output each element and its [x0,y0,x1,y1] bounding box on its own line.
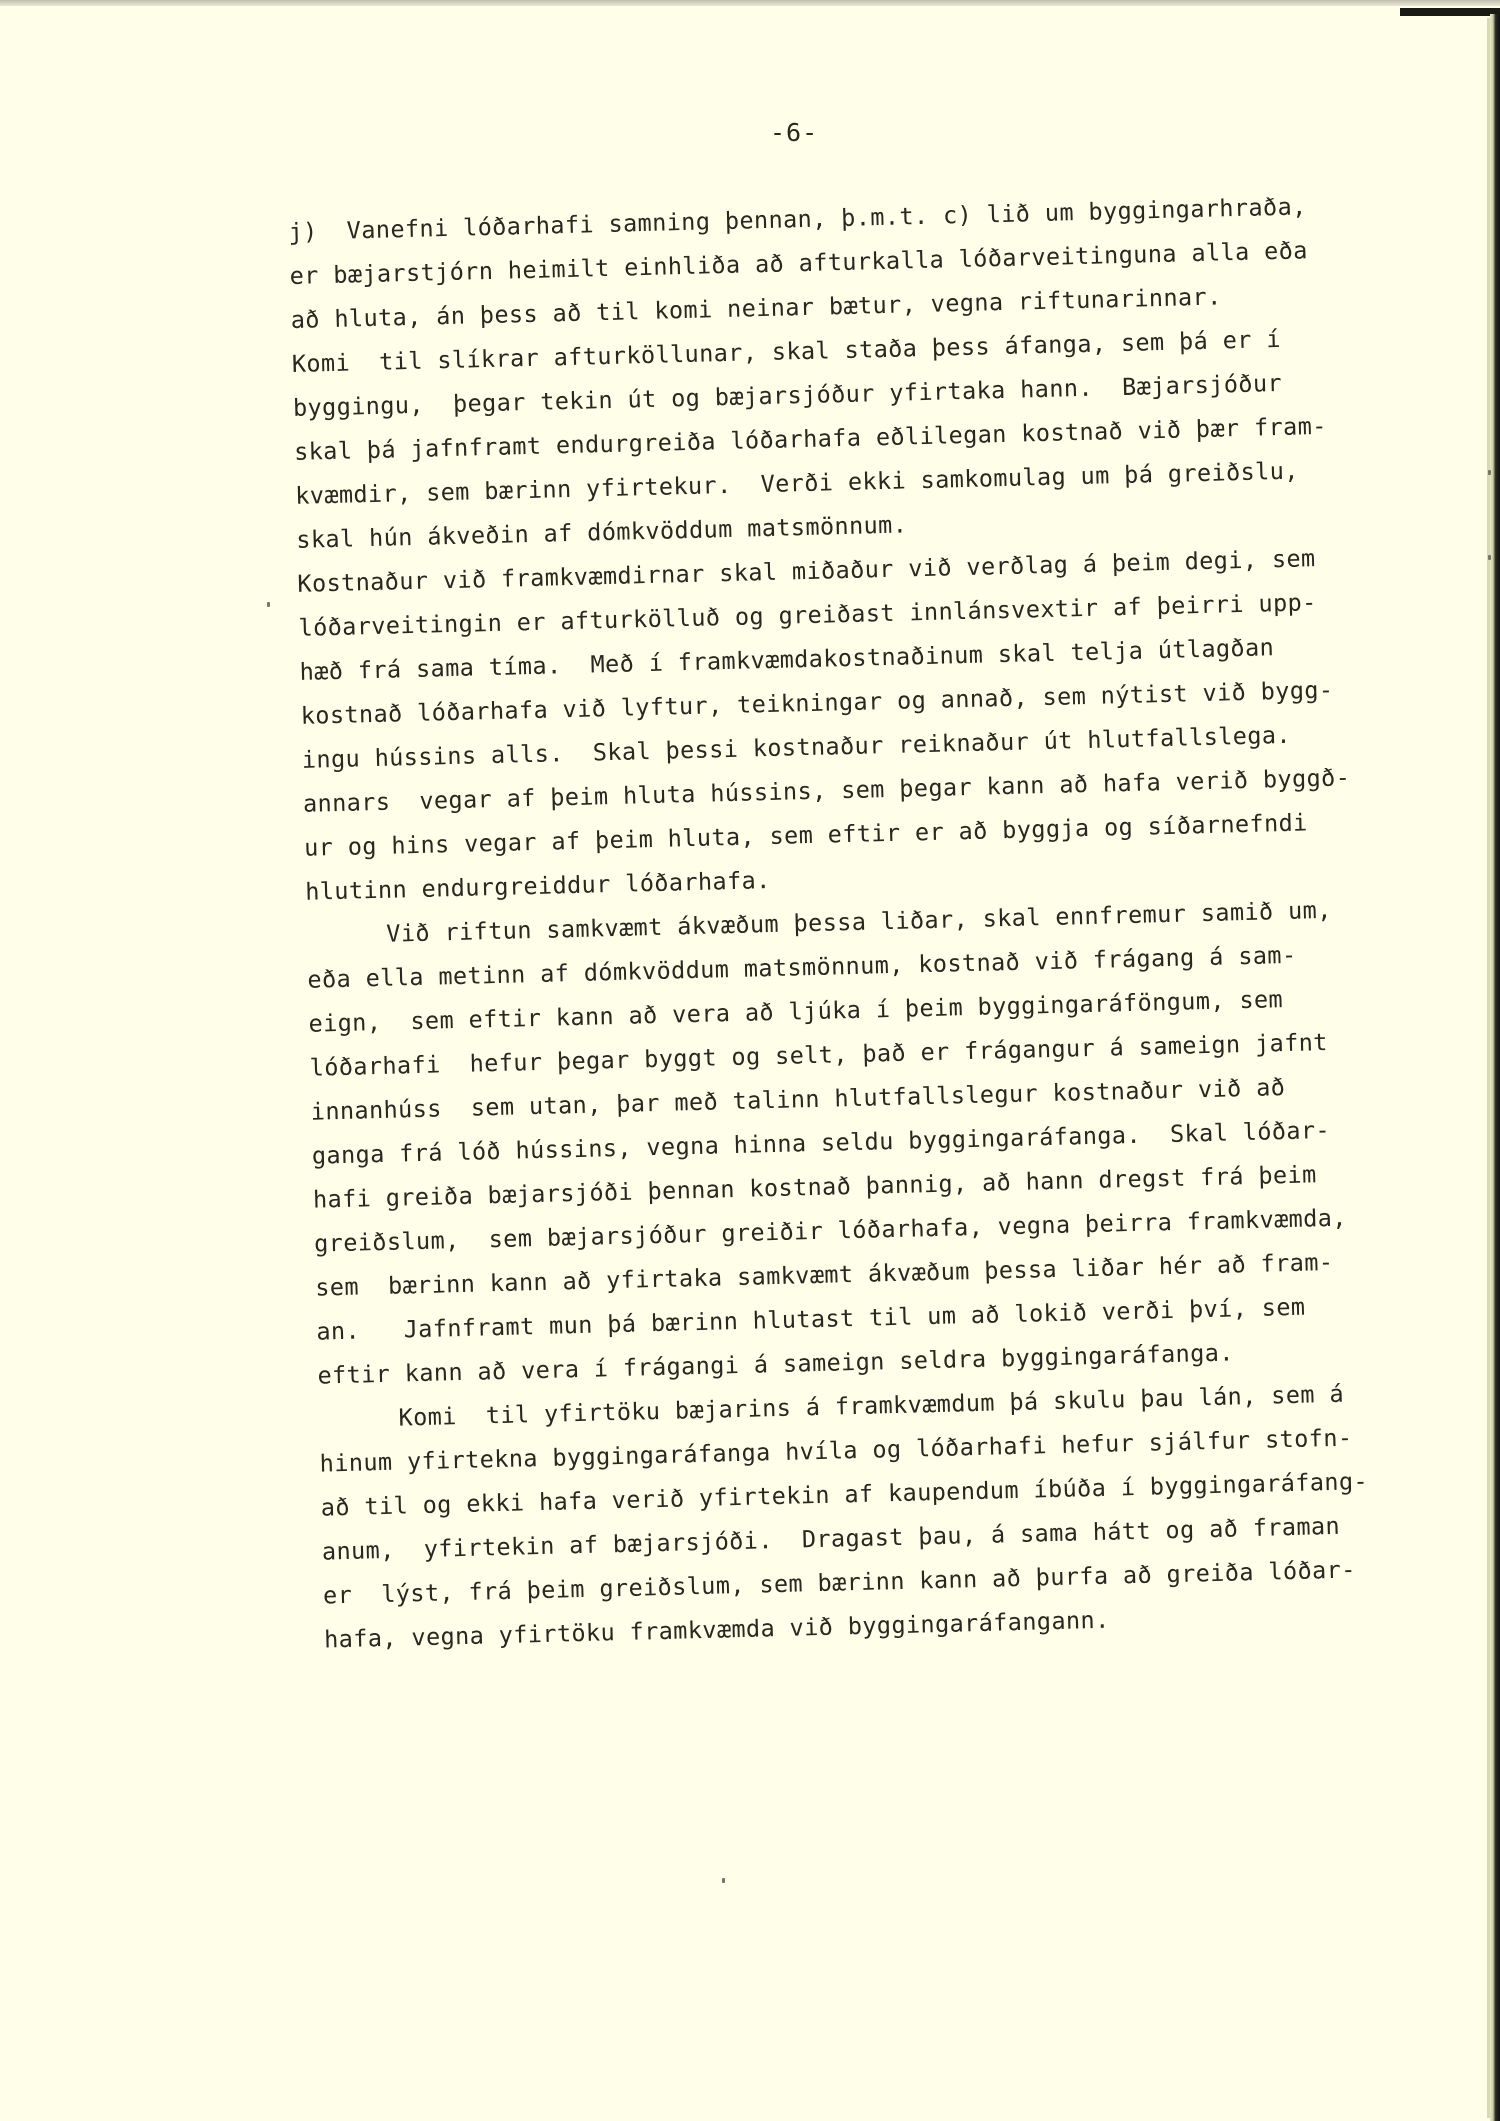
stray-mark [722,1878,725,1883]
scan-border-right [1490,14,1500,2121]
stray-mark [267,602,270,607]
stray-mark [1488,555,1491,560]
page-number: -6- [770,118,818,147]
scan-border-top [1400,8,1500,16]
document-body: j) Vanefni lóðarhafi samning þennan, þ.m… [288,182,1434,1662]
page-top-edge [0,0,1500,6]
scanned-document-page: -6- j) Vanefni lóðarhafi samning þennan,… [0,0,1500,2121]
stray-mark [1488,470,1491,475]
